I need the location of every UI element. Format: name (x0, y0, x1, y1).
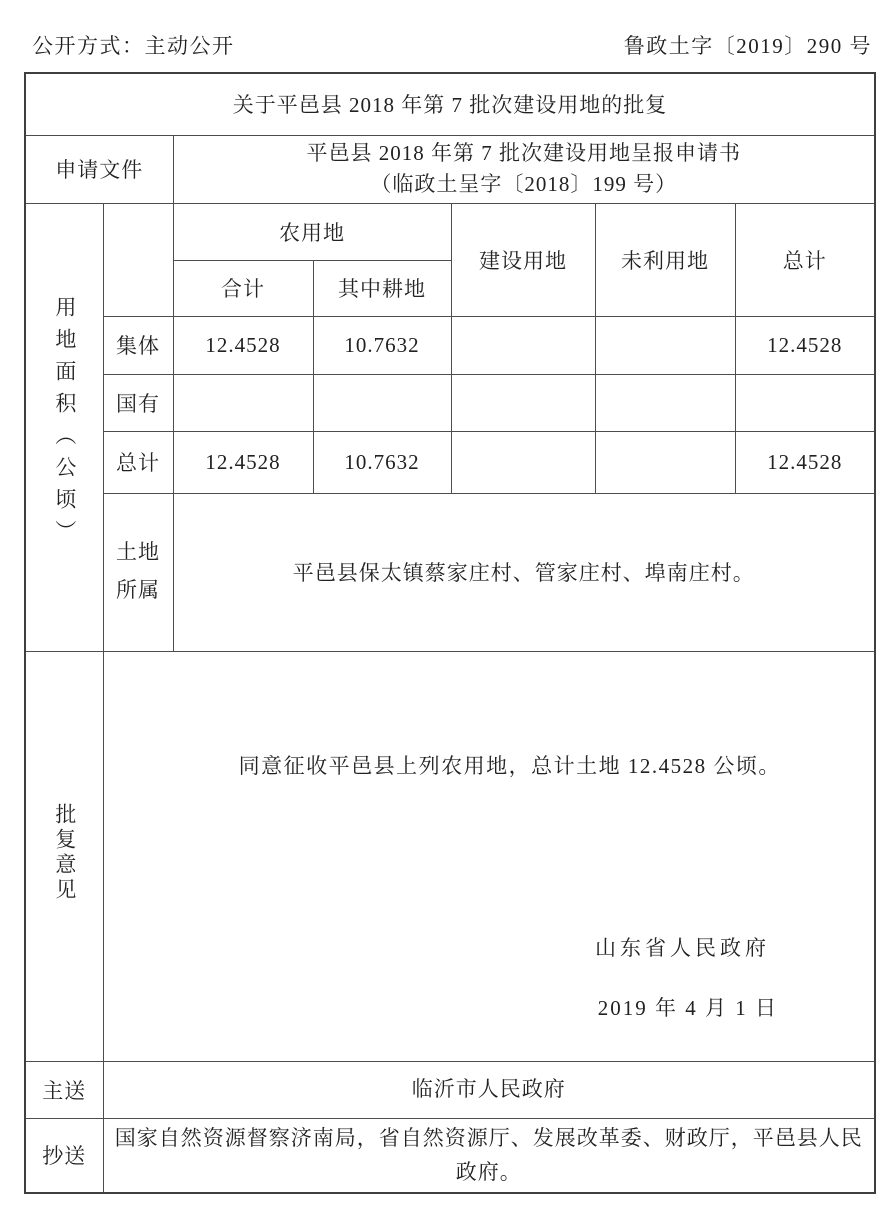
table-row-total: 总计 12.4528 10.7632 12.4528 (25, 431, 875, 493)
cell-stateowned-total (735, 374, 875, 431)
approval-section-label: 批复意见 (25, 651, 103, 1061)
ownership-label: 土地所属 (103, 493, 173, 651)
cell-total-unused (595, 431, 735, 493)
application-line2: （临政土呈字〔2018〕199 号） (178, 169, 871, 200)
cell-collective-cultivated: 10.7632 (313, 316, 451, 374)
main-delivery-value: 临沂市人民政府 (103, 1061, 875, 1118)
cell-collective-construction (451, 316, 595, 374)
area-header-spacer (103, 203, 173, 316)
document-page: 公开方式：主动公开 鲁政土字〔2019〕290 号 关于平邑县 2018 年第 … (0, 0, 896, 1225)
publish-mode-text: 公开方式：主动公开 (32, 30, 235, 60)
approval-date: 2019 年 4 月 1 日 (108, 992, 779, 1022)
cell-stateowned-construction (451, 374, 595, 431)
document-title: 关于平邑县 2018 年第 7 批次建设用地的批复 (25, 73, 875, 135)
application-label: 申请文件 (25, 135, 173, 203)
copy-delivery-value: 国家自然资源督察济南局，省自然资源厅、发展改革委、财政厅，平邑县人民政府。 (103, 1118, 875, 1193)
approval-content-cell: 同意征收平邑县上列农用地，总计土地 12.4528 公顷。 山东省人民政府 20… (103, 651, 875, 1061)
column-header-agricultural: 农用地 (173, 203, 451, 260)
row-label-total: 总计 (103, 431, 173, 493)
area-header-row-top: 用地面积（公顷） 农用地 建设用地 未利用地 总计 (25, 203, 875, 260)
area-section-label-text: 用地面积（公顷） (52, 296, 77, 552)
application-row: 申请文件 平邑县 2018 年第 7 批次建设用地呈报申请书 （临政土呈字〔20… (25, 135, 875, 203)
table-row-collective: 集体 12.4528 10.7632 12.4528 (25, 316, 875, 374)
row-label-collective: 集体 (103, 316, 173, 374)
cell-total-total: 12.4528 (735, 431, 875, 493)
main-delivery-row: 主送 临沂市人民政府 (25, 1061, 875, 1118)
approval-section-label-text: 批复意见 (52, 803, 77, 903)
copy-delivery-label: 抄送 (25, 1118, 103, 1193)
cell-stateowned-subtotal (173, 374, 313, 431)
copy-delivery-row: 抄送 国家自然资源督察济南局，省自然资源厅、发展改革委、财政厅，平邑县人民政府。 (25, 1118, 875, 1193)
cell-collective-unused (595, 316, 735, 374)
cell-total-construction (451, 431, 595, 493)
cell-stateowned-unused (595, 374, 735, 431)
approval-row: 批复意见 同意征收平邑县上列农用地，总计土地 12.4528 公顷。 山东省人民… (25, 651, 875, 1061)
application-content: 平邑县 2018 年第 7 批次建设用地呈报申请书 （临政土呈字〔2018〕19… (173, 135, 875, 203)
column-header-cultivated: 其中耕地 (313, 260, 451, 316)
row-label-stateowned: 国有 (103, 374, 173, 431)
table-row-stateowned: 国有 (25, 374, 875, 431)
application-line1: 平邑县 2018 年第 7 批次建设用地呈报申请书 (178, 138, 871, 169)
approval-authority: 山东省人民政府 (108, 932, 771, 962)
cell-total-cultivated: 10.7632 (313, 431, 451, 493)
approval-content: 同意征收平邑县上列农用地，总计土地 12.4528 公顷。 (170, 750, 851, 780)
column-header-subtotal: 合计 (173, 260, 313, 316)
column-header-total: 总计 (735, 203, 875, 316)
cell-total-subtotal: 12.4528 (173, 431, 313, 493)
ownership-row: 土地所属 平邑县保太镇蔡家庄村、管家庄村、埠南庄村。 (25, 493, 875, 651)
cell-collective-total: 12.4528 (735, 316, 875, 374)
main-delivery-label: 主送 (25, 1061, 103, 1118)
approval-document-table: 关于平邑县 2018 年第 7 批次建设用地的批复 申请文件 平邑县 2018 … (24, 72, 876, 1194)
area-section-label: 用地面积（公顷） (25, 203, 103, 651)
column-header-unused: 未利用地 (595, 203, 735, 316)
column-header-construction: 建设用地 (451, 203, 595, 316)
document-topbar: 公开方式：主动公开 鲁政土字〔2019〕290 号 (0, 0, 896, 72)
cell-collective-subtotal: 12.4528 (173, 316, 313, 374)
cell-stateowned-cultivated (313, 374, 451, 431)
title-row: 关于平邑县 2018 年第 7 批次建设用地的批复 (25, 73, 875, 135)
doc-number-text: 鲁政土字〔2019〕290 号 (624, 30, 872, 60)
ownership-value: 平邑县保太镇蔡家庄村、管家庄村、埠南庄村。 (173, 493, 875, 651)
